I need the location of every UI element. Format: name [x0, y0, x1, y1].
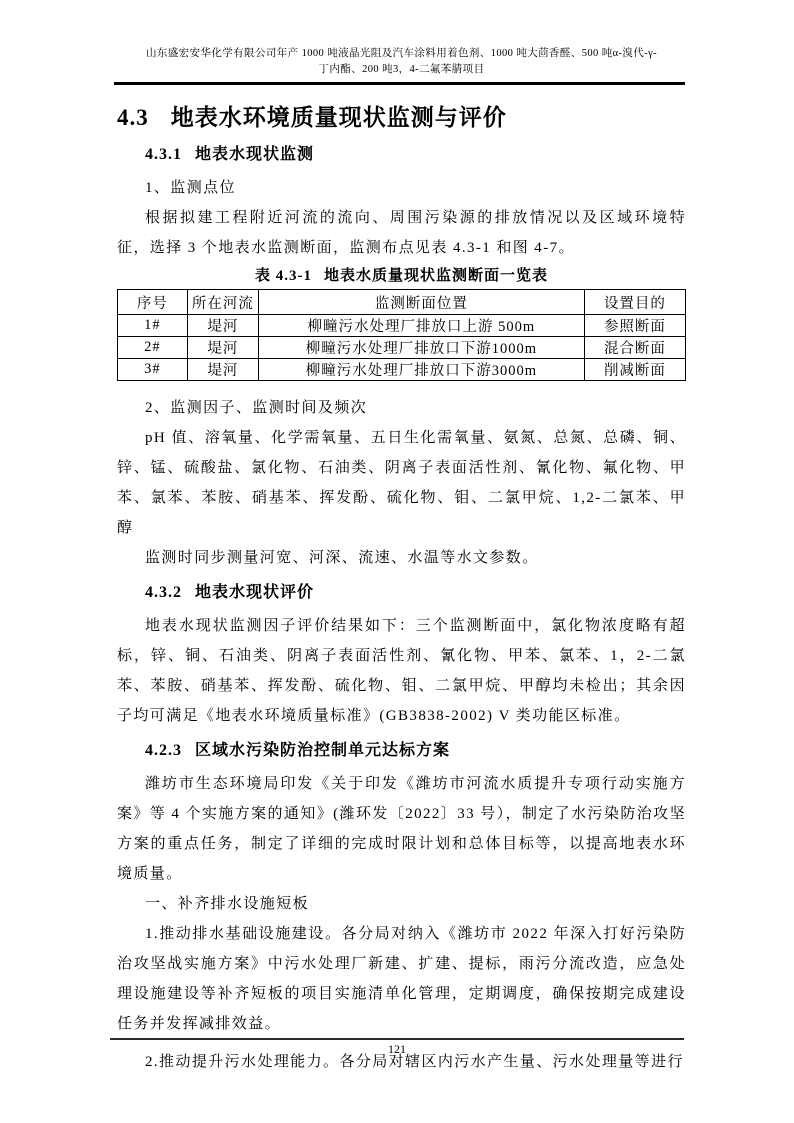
table-caption: 表 4.3-1地表水质量现状监测断面一览表 — [117, 263, 686, 289]
paragraph-weifang-plan: 潍坊市生态环境局印发《关于印发《潍坊市河流水质提升专项行动实施方案》等 4 个实… — [117, 769, 686, 889]
cell-index: 1# — [118, 315, 188, 337]
cell-index: 3# — [118, 359, 188, 381]
document-page: 山东盛宏安华化学有限公司年产 1000 吨液晶光阻及汽车涂料用着色剂、1000 … — [0, 0, 794, 1123]
heading-4-3-2-text: 地表水现状评价 — [195, 584, 314, 601]
page-footer: 121 — [0, 1038, 794, 1123]
heading-4-2-3-text: 区域水污染防治控制单元达标方案 — [195, 742, 450, 759]
page-number: 121 — [0, 1041, 794, 1058]
paragraph-hydrology-params: 监测时同步测量河宽、河深、流速、水温等水文参数。 — [117, 543, 686, 573]
cell-river: 堤河 — [187, 359, 258, 381]
column-header-index: 序号 — [118, 290, 188, 315]
cell-location: 柳疃污水处理厂排放口下游1000m — [258, 337, 584, 359]
heading-4-3-1-text: 地表水现状监测 — [195, 146, 314, 163]
list-label-drainage-facilities: 一、补齐排水设施短板 — [117, 889, 686, 919]
document-content: 4.3地表水环境质量现状监测与评价 4.3.1地表水现状监测 1、监测点位 根据… — [0, 103, 794, 1077]
cell-location: 柳疃污水处理厂排放口上游 500m — [258, 315, 584, 337]
table-caption-text: 地表水质量现状监测断面一览表 — [324, 268, 548, 284]
header-divider — [114, 82, 685, 85]
monitoring-sections-table: 序号 所在河流 监测断面位置 设置目的 1# 堤河 柳疃污水处理厂排放口上游 5… — [117, 289, 686, 381]
heading-4-3-1: 4.3.1地表水现状监测 — [145, 143, 686, 167]
table-caption-number: 表 4.3-1 — [255, 268, 312, 284]
list-label-monitoring-factors: 2、监测因子、监测时间及频次 — [117, 393, 686, 423]
cell-river: 堤河 — [187, 337, 258, 359]
page-header: 山东盛宏安华化学有限公司年产 1000 吨液晶光阻及汽车涂料用着色剂、1000 … — [0, 0, 794, 78]
table-row: 3# 堤河 柳疃污水处理厂排放口下游3000m 削减断面 — [118, 359, 686, 381]
cell-purpose: 混合断面 — [584, 337, 685, 359]
column-header-location: 监测断面位置 — [258, 290, 584, 315]
section-title-number: 4.3 — [117, 105, 149, 130]
paragraph-evaluation-result: 地表水现状监测因子评价结果如下：三个监测断面中，氯化物浓度略有超标，锌、铜、石油… — [117, 611, 686, 731]
column-header-river: 所在河流 — [187, 290, 258, 315]
table-header-row: 序号 所在河流 监测断面位置 设置目的 — [118, 290, 686, 315]
cell-purpose: 削减断面 — [584, 359, 685, 381]
table-row: 1# 堤河 柳疃污水处理厂排放口上游 500m 参照断面 — [118, 315, 686, 337]
column-header-purpose: 设置目的 — [584, 290, 685, 315]
heading-4-2-3-number: 4.2.3 — [145, 742, 182, 759]
footer-divider — [110, 1038, 684, 1040]
heading-4-3-2: 4.3.2地表水现状评价 — [145, 581, 686, 605]
table-row: 2# 堤河 柳疃污水处理厂排放口下游1000m 混合断面 — [118, 337, 686, 359]
paragraph-drainage-infrastructure: 1.推动排水基础设施建设。各分局对纳入《潍坊市 2022 年深入打好污染防治攻坚… — [117, 919, 686, 1039]
header-line-2: 丁内酯、200 吨3，4-二氟苯腈项目 — [113, 62, 690, 78]
header-line-1: 山东盛宏安华化学有限公司年产 1000 吨液晶光阻及汽车涂料用着色剂、1000 … — [113, 46, 690, 62]
cell-purpose: 参照断面 — [584, 315, 685, 337]
paragraph-monitoring-factors: pH 值、溶氧量、化学需氧量、五日生化需氧量、氨氮、总氮、总磷、铜、锌、锰、硫酸… — [117, 423, 686, 543]
paragraph-monitoring-points: 根据拟建工程附近河流的流向、周围污染源的排放情况以及区域环境特征，选择 3 个地… — [117, 203, 686, 263]
heading-4-2-3: 4.2.3区域水污染防治控制单元达标方案 — [145, 739, 686, 763]
heading-4-3-2-number: 4.3.2 — [145, 584, 182, 601]
section-title: 4.3地表水环境质量现状监测与评价 — [117, 103, 686, 133]
section-title-text: 地表水环境质量现状监测与评价 — [171, 105, 507, 130]
cell-location: 柳疃污水处理厂排放口下游3000m — [258, 359, 584, 381]
heading-4-3-1-number: 4.3.1 — [145, 146, 182, 163]
cell-index: 2# — [118, 337, 188, 359]
list-label-monitoring-points: 1、监测点位 — [117, 173, 686, 203]
cell-river: 堤河 — [187, 315, 258, 337]
